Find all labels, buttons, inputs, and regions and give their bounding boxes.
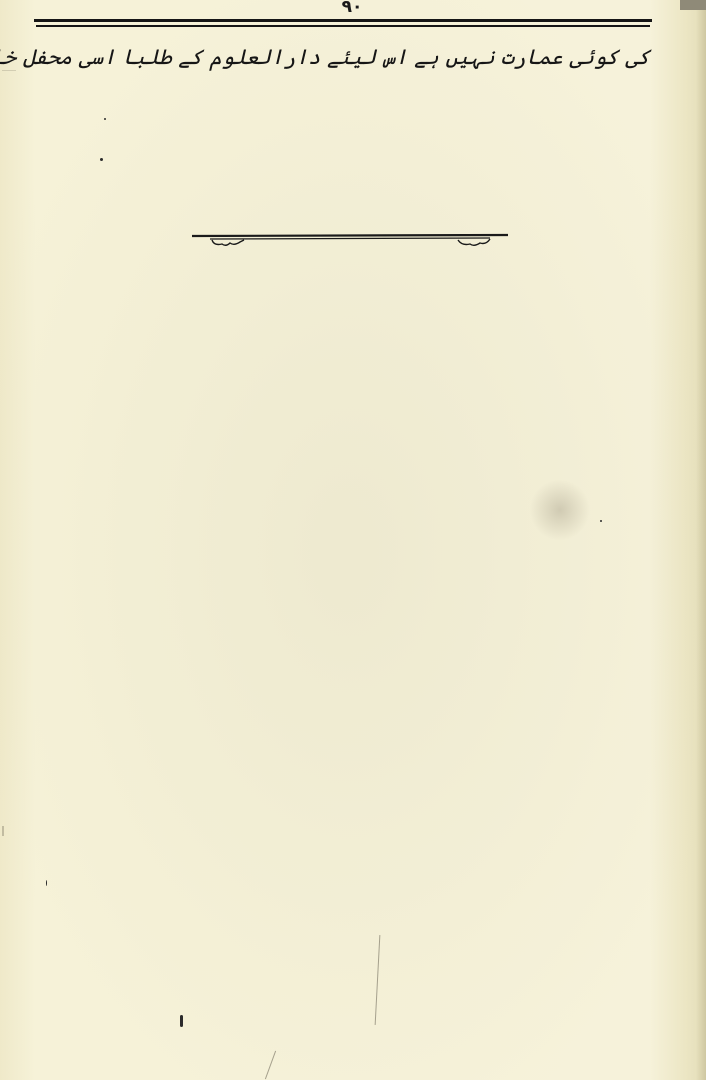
scan-scratch [265, 1051, 276, 1080]
body-text-line: کی کوئی عمارت نہیں ہے اس لیئے دارالعلوم … [30, 36, 650, 78]
decorative-divider [190, 230, 510, 250]
scanner-corner-mark [680, 0, 706, 10]
header-rule-bottom [36, 25, 650, 27]
margin-mark [2, 70, 16, 71]
scan-scratch [375, 935, 381, 1025]
header-rule-top [34, 19, 652, 22]
page-number: ۹۰ [322, 0, 382, 17]
scanned-page: ۹۰ کی کوئی عمارت نہیں ہے اس لیئے دارالعل… [0, 0, 706, 1080]
margin-mark [2, 826, 4, 836]
page-edge-shadow [696, 0, 706, 1080]
